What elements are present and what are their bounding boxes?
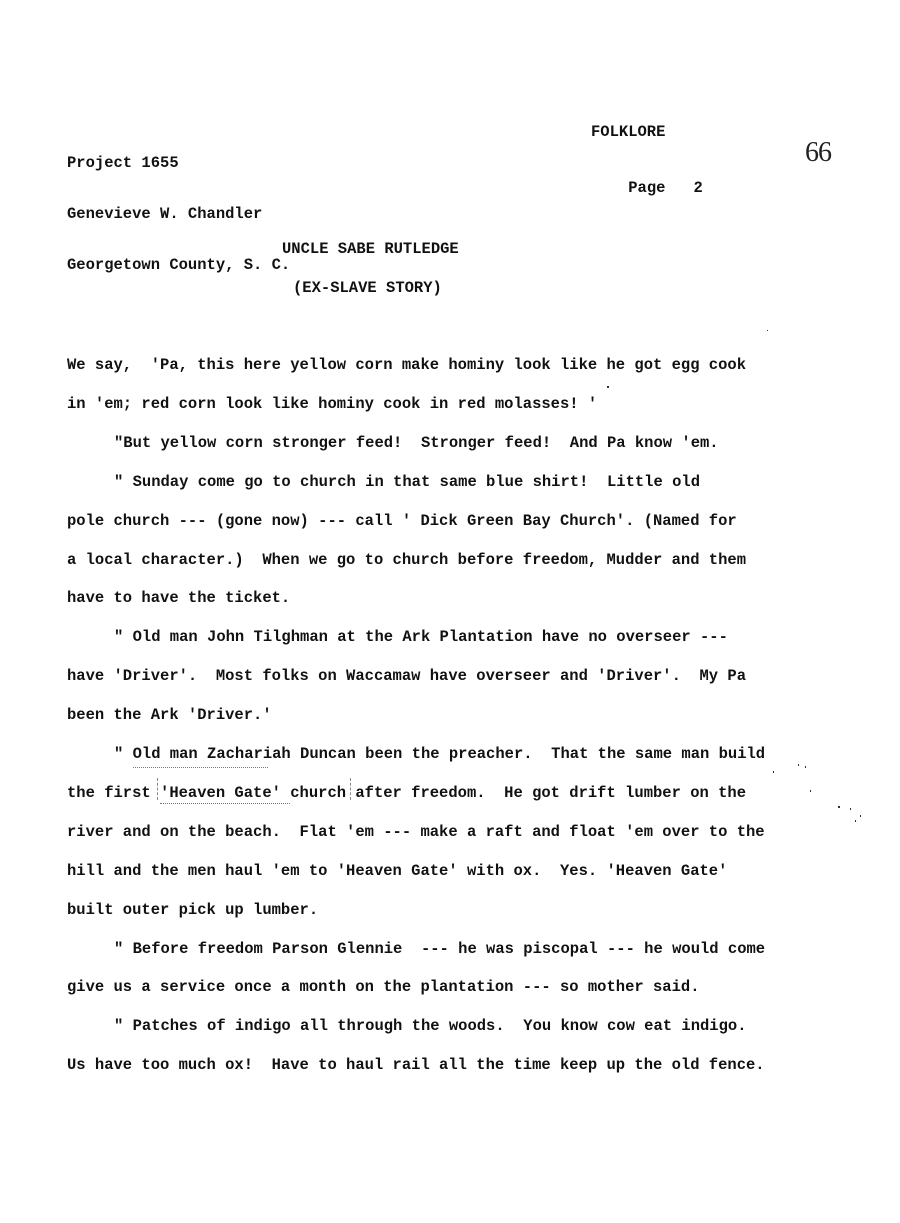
header-left-block: Project 1655 Genevieve W. Chandler Georg… xyxy=(67,125,290,309)
body-line: have 'Driver'. Most folks on Waccamaw ha… xyxy=(67,669,746,685)
body-line: "But yellow corn stronger feed! Stronger… xyxy=(114,436,719,452)
body-line: " Old man Zachariah Duncan been the prea… xyxy=(114,747,765,763)
archive-stamp-number: 66 xyxy=(805,137,831,169)
scan-speck xyxy=(607,386,609,388)
body-line: We say, 'Pa, this here yellow corn make … xyxy=(67,358,746,374)
location: Georgetown County, S. C. xyxy=(67,258,290,278)
body-line: give us a service once a month on the pl… xyxy=(67,980,700,996)
body-line: river and on the beach. Flat 'em --- mak… xyxy=(67,825,765,841)
body-line: have to have the ticket. xyxy=(67,591,290,607)
scan-speck xyxy=(767,330,768,331)
body-line: been the Ark 'Driver.' xyxy=(67,708,272,724)
body-line: pole church --- (gone now) --- call ' Di… xyxy=(67,514,737,530)
body-line: " Patches of indigo all through the wood… xyxy=(114,1019,747,1035)
scan-speck xyxy=(798,764,799,766)
page-label: Page xyxy=(628,179,665,197)
scan-speck xyxy=(805,766,806,768)
document-subtitle: (EX-SLAVE STORY) xyxy=(293,281,442,297)
body-line: a local character.) When we go to church… xyxy=(67,553,746,569)
body-line: " Old man John Tilghman at the Ark Plant… xyxy=(114,630,728,646)
page-number: 2 xyxy=(693,179,702,197)
typewritten-page: Project 1655 Genevieve W. Chandler Georg… xyxy=(0,0,900,1223)
category-label: FOLKLORE xyxy=(591,125,665,141)
pencil-underline-mark xyxy=(133,767,268,768)
pencil-underline-mark xyxy=(160,803,290,804)
body-line: " Sunday come go to church in that same … xyxy=(114,475,700,491)
author-name: Genevieve W. Chandler xyxy=(67,207,290,227)
pencil-bracket-mark xyxy=(157,778,351,800)
body-line: built outer pick up lumber. xyxy=(67,903,318,919)
scan-speck xyxy=(810,790,811,792)
document-title: UNCLE SABE RUTLEDGE xyxy=(282,242,459,258)
body-line: hill and the men haul 'em to 'Heaven Gat… xyxy=(67,864,727,880)
body-line: in 'em; red corn look like hominy cook i… xyxy=(67,397,597,413)
page-indicator: Page2 xyxy=(591,165,703,212)
project-number: Project 1655 xyxy=(67,156,290,176)
body-line: " Before freedom Parson Glennie --- he w… xyxy=(114,942,765,958)
scan-speck xyxy=(838,806,840,808)
scan-speck xyxy=(850,808,851,810)
scan-speck xyxy=(855,820,856,822)
scan-speck xyxy=(860,815,861,817)
scan-speck xyxy=(773,771,774,773)
body-line: Us have too much ox! Have to haul rail a… xyxy=(67,1058,765,1074)
